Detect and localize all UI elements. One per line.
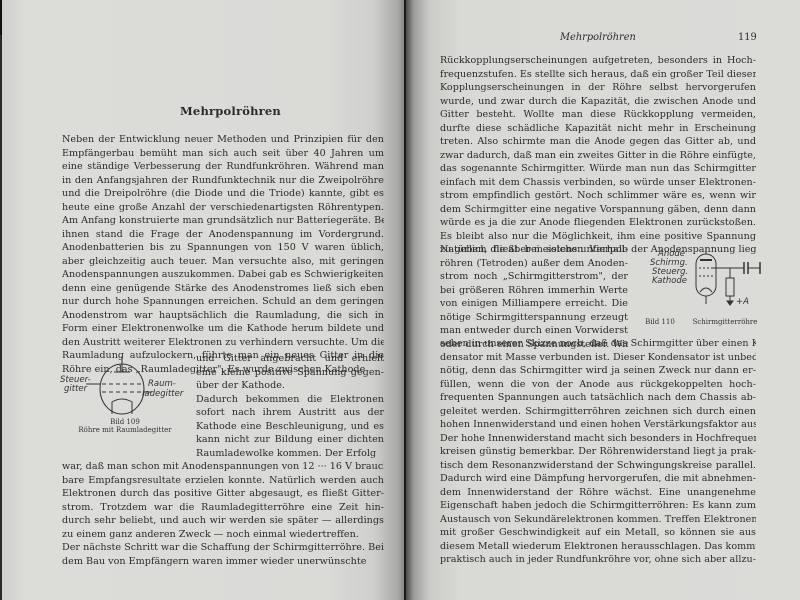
text-line: nur durch hohe Spannungen erreichen. Sch… (62, 295, 384, 309)
text-line: frequenzstufen. Es stellte sich heraus, … (440, 68, 756, 82)
left-paragraph-2: und Gitter angebracht und erhielteine kl… (196, 352, 384, 460)
text-line: dem Innenwiderstand der Röhre wächst. Ei… (440, 486, 756, 500)
text-line: geleitet werden. Schirmgitterröhren zeic… (440, 405, 756, 419)
text-line: praktisch auch in jeder Rundfunkröhre vo… (440, 553, 756, 567)
text-line: Rückkopplungserscheinungen aufgetreten, … (440, 54, 756, 68)
text-line: strom empfindlich gestört. Noch schlimme… (440, 189, 756, 203)
text-line: Natürlich fließt bei solchen Vierpol- (440, 243, 628, 257)
text-line: frequenten Spannungen auch tatsächlich n… (440, 391, 756, 405)
left-paragraph-1: Neben der Entwicklung neuer Methoden und… (62, 133, 384, 376)
right-paragraph-2: Natürlich fließt bei solchen Vierpol-röh… (440, 243, 628, 351)
text-line: man entweder durch einen Vorwiderstand (440, 324, 628, 338)
text-line: Neben der Entwicklung neuer Methoden und… (62, 133, 384, 147)
text-line: eine kleine positive Spannung gegen- (196, 366, 384, 380)
label-plus-a: +A (736, 298, 749, 307)
text-line: zwar dadurch, daß man ein zweites Gitter… (440, 149, 756, 163)
text-line: röhren (Tetroden) außer dem Anoden- (440, 257, 628, 271)
text-line: Kopplungserscheinungen in der Röhre selb… (440, 81, 756, 95)
text-line: von einigen Milliampere erreicht. Die (440, 297, 628, 311)
text-line: durch sehr beliebt, und auch wir werden … (62, 514, 384, 528)
label-raumladegitter-1: Raum- (148, 380, 176, 389)
text-line: strom. Trotzdem war die Raumladegitterrö… (62, 501, 384, 515)
right-paragraph-1: Rückkopplungserscheinungen aufgetreten, … (440, 54, 756, 257)
book-spread: Mehrpolröhren Neben der Entwicklung neue… (0, 0, 800, 600)
text-line: über der Kathode. (196, 379, 384, 393)
text-line: war, daß man schon mit Anodenspannungen … (62, 460, 384, 474)
page-number: 119 (738, 32, 757, 43)
text-line: Anodenstrom war hauptsächlich die Raumla… (62, 309, 384, 323)
text-line: sofort nach ihrem Austritt aus der (196, 406, 384, 420)
text-line: kreisen günstig bemerkbar. Der Röhrenwid… (440, 445, 756, 459)
text-line: Elektronen durch das positive Gitter abg… (62, 487, 384, 501)
text-line: denn eine genügende Stärke des Anodenstr… (62, 282, 384, 296)
text-line: und die Dreipolröhre (die Diode und die … (62, 187, 384, 201)
text-line: Dadurch bekommen die Elektronen (196, 393, 384, 407)
text-line: dem Schirmgitter eine negative Vorspannu… (440, 203, 756, 217)
text-line: nötig, denn das Schirmgitter wird ja sei… (440, 364, 756, 378)
text-line: ihnen stand die Frage der Anodenspannung… (62, 228, 384, 242)
text-line: Eigenschaft haben jedoch die Schirmgitte… (440, 499, 756, 513)
figure-109-caption: Röhre mit Raumladegitter (60, 426, 190, 435)
running-head: Mehrpolröhren (560, 32, 636, 43)
text-line: heute eine große Anzahl der verschiedena… (62, 201, 384, 215)
text-line: Austausch von Sekundärelektronen kommen.… (440, 513, 756, 527)
figure-110-caption: Schirmgitterröhre (680, 318, 770, 327)
right-paragraph-3: sehen in unserer Skizze noch, daß das Sc… (440, 337, 756, 567)
text-line: sehen in unserer Skizze noch, daß das Sc… (440, 337, 756, 351)
text-line: das sogenannte Schirmgitter. Würde man n… (440, 162, 756, 176)
text-line: Empfängerbau bemüht man sich auch seit ü… (62, 147, 384, 161)
text-line: kann nicht zur Bildung einer dichten (196, 433, 384, 447)
text-line: wurde, und zwar durch die Kapazität, die… (440, 95, 756, 109)
text-line: Raumladewolke kommen. Der Erfolg (196, 447, 384, 461)
figure-110-number: Bild 110 (640, 318, 680, 327)
text-line: Kathode eine Beschleunigung, und es (196, 420, 384, 434)
text-line: nötige Schirmgitterspannung erzeugt (440, 311, 628, 325)
text-line: dem Bau von Empfängern waren immer wiede… (62, 555, 384, 569)
text-line: strom noch „Schirmgitterstrom", der (440, 270, 628, 284)
text-line: aber gleichzeitig auch teuer. Man versuc… (62, 255, 384, 269)
label-raumladegitter-2: ladegitter (142, 390, 183, 399)
text-line: Form einer Elektronenwolke um die Kathod… (62, 322, 384, 336)
text-line: Gitter besteht. Wollte man diese Rückkop… (440, 108, 756, 122)
text-line: Am Anfang konstruierte man grundsätzlich… (62, 214, 384, 228)
chapter-title: Mehrpolröhren (180, 104, 281, 118)
text-line: zu einem ganz anderen Zweck — noch einma… (62, 528, 384, 542)
text-line: Der hohe Innenwiderstand macht sich beso… (440, 432, 756, 446)
text-line: bare Empfangsresultate erzielen konnte. … (62, 474, 384, 488)
text-line: durfte diese schädliche Kapazität nicht … (440, 122, 756, 136)
text-line: und Gitter angebracht und erhielt (196, 352, 384, 366)
text-line: in den Anfangsjahren der Rundfunktechnik… (62, 174, 384, 188)
text-line: einfach mit dem Chassis verbinden, so wü… (440, 176, 756, 190)
text-line: Der nächste Schritt war die Schaffung de… (62, 541, 384, 555)
text-line: eine ständige Verbesserung der Rundfunkr… (62, 160, 384, 174)
text-line: Es bleibt also nur die Möglichkeit, ihm … (440, 230, 756, 244)
text-line: Anodenspannungen auszukommen. Dabei gab … (62, 268, 384, 282)
text-line: füllen, wenn die von der Anode aus rückg… (440, 378, 756, 392)
text-line: würde es ja die zur Anode fliegenden Ele… (440, 216, 756, 230)
figure-109-tube-with-space-charge-grid: Steuer- gitter Raum- ladegitter Bild 109… (60, 354, 190, 434)
text-line: diesem Metall wiederum Elektronen heraus… (440, 540, 756, 554)
label-kathode: Kathode (652, 277, 687, 286)
text-line: densator mit Masse verbunden ist. Dieser… (440, 351, 756, 365)
text-line: Anodenbatterien bis zu Spannungen von 15… (62, 241, 384, 255)
label-steuergitter-2: gitter (64, 385, 87, 394)
text-line: treten. Also schirmte man die Anode gege… (440, 135, 756, 149)
text-line: den Austritt weiterer Elektronen zu verh… (62, 336, 384, 350)
text-line: hohen Innenwiderstand und einen hohen Ve… (440, 418, 756, 432)
figure-110-screen-grid-tube: Anode Schirmg. Steuerg. Kathode +A Bild … (640, 248, 770, 328)
text-line: Dadurch wird eine Dämpfung hervorgerufen… (440, 472, 756, 486)
text-line: tisch dem Resonanzwiderstand der Schwing… (440, 459, 756, 473)
text-line: bei größeren Röhren immerhin Werte (440, 284, 628, 298)
left-paragraph-3: war, daß man schon mit Anodenspannungen … (62, 460, 384, 568)
text-line: mit großer Geschwindigkeit auf ein Metal… (440, 526, 756, 540)
